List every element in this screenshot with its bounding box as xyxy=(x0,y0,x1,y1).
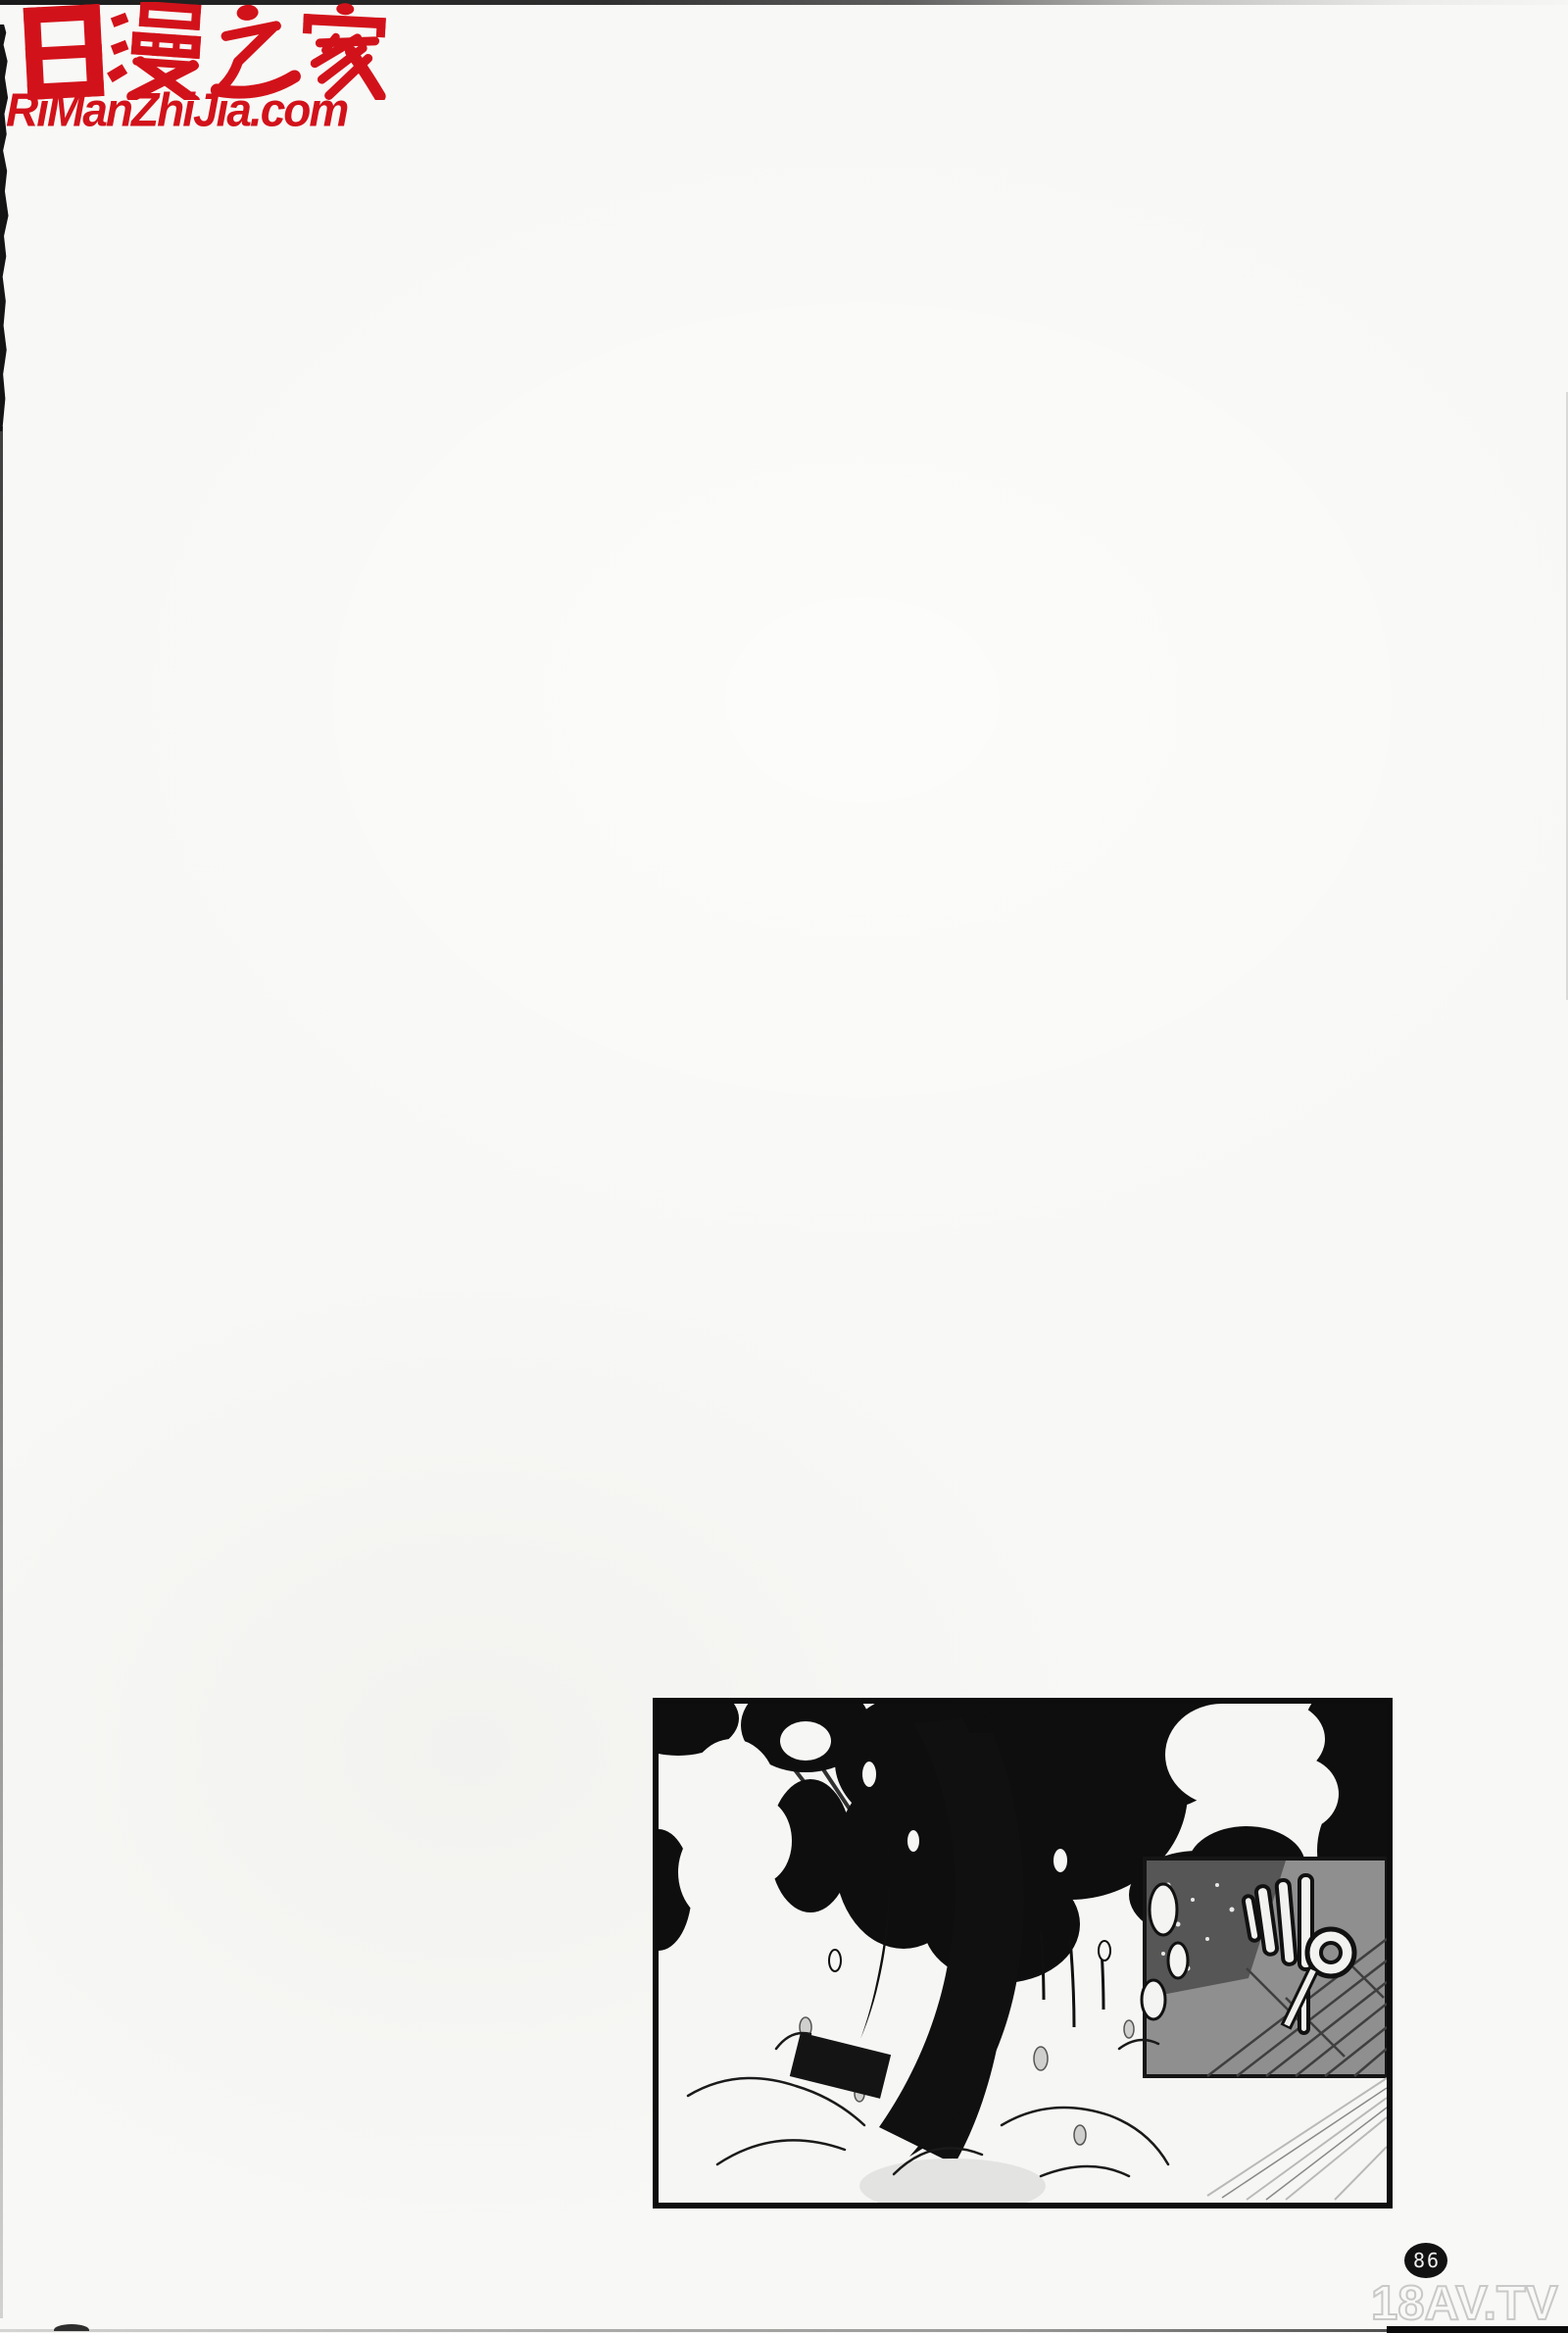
watermark-18avtv: 18AV.TV xyxy=(1371,2276,1558,2331)
scan-artifact-left-edge-thin xyxy=(0,426,3,2318)
page-number: 86 xyxy=(1413,2249,1441,2272)
logo-latin-text: RiManZhiJia.com xyxy=(6,82,347,137)
glyph-zhi xyxy=(210,2,295,95)
manga-panel-art xyxy=(659,1704,1387,2203)
site-logo: 日漫之家 xyxy=(0,0,421,147)
page-number-badge: 86 xyxy=(1404,2243,1447,2278)
scan-artifact-bottom-left-mark xyxy=(54,2324,89,2331)
scanned-manga-page: 日漫之家 xyxy=(0,0,1568,2333)
scan-artifact-bottom-edge xyxy=(0,2329,1568,2332)
manga-panel-image xyxy=(653,1698,1393,2209)
